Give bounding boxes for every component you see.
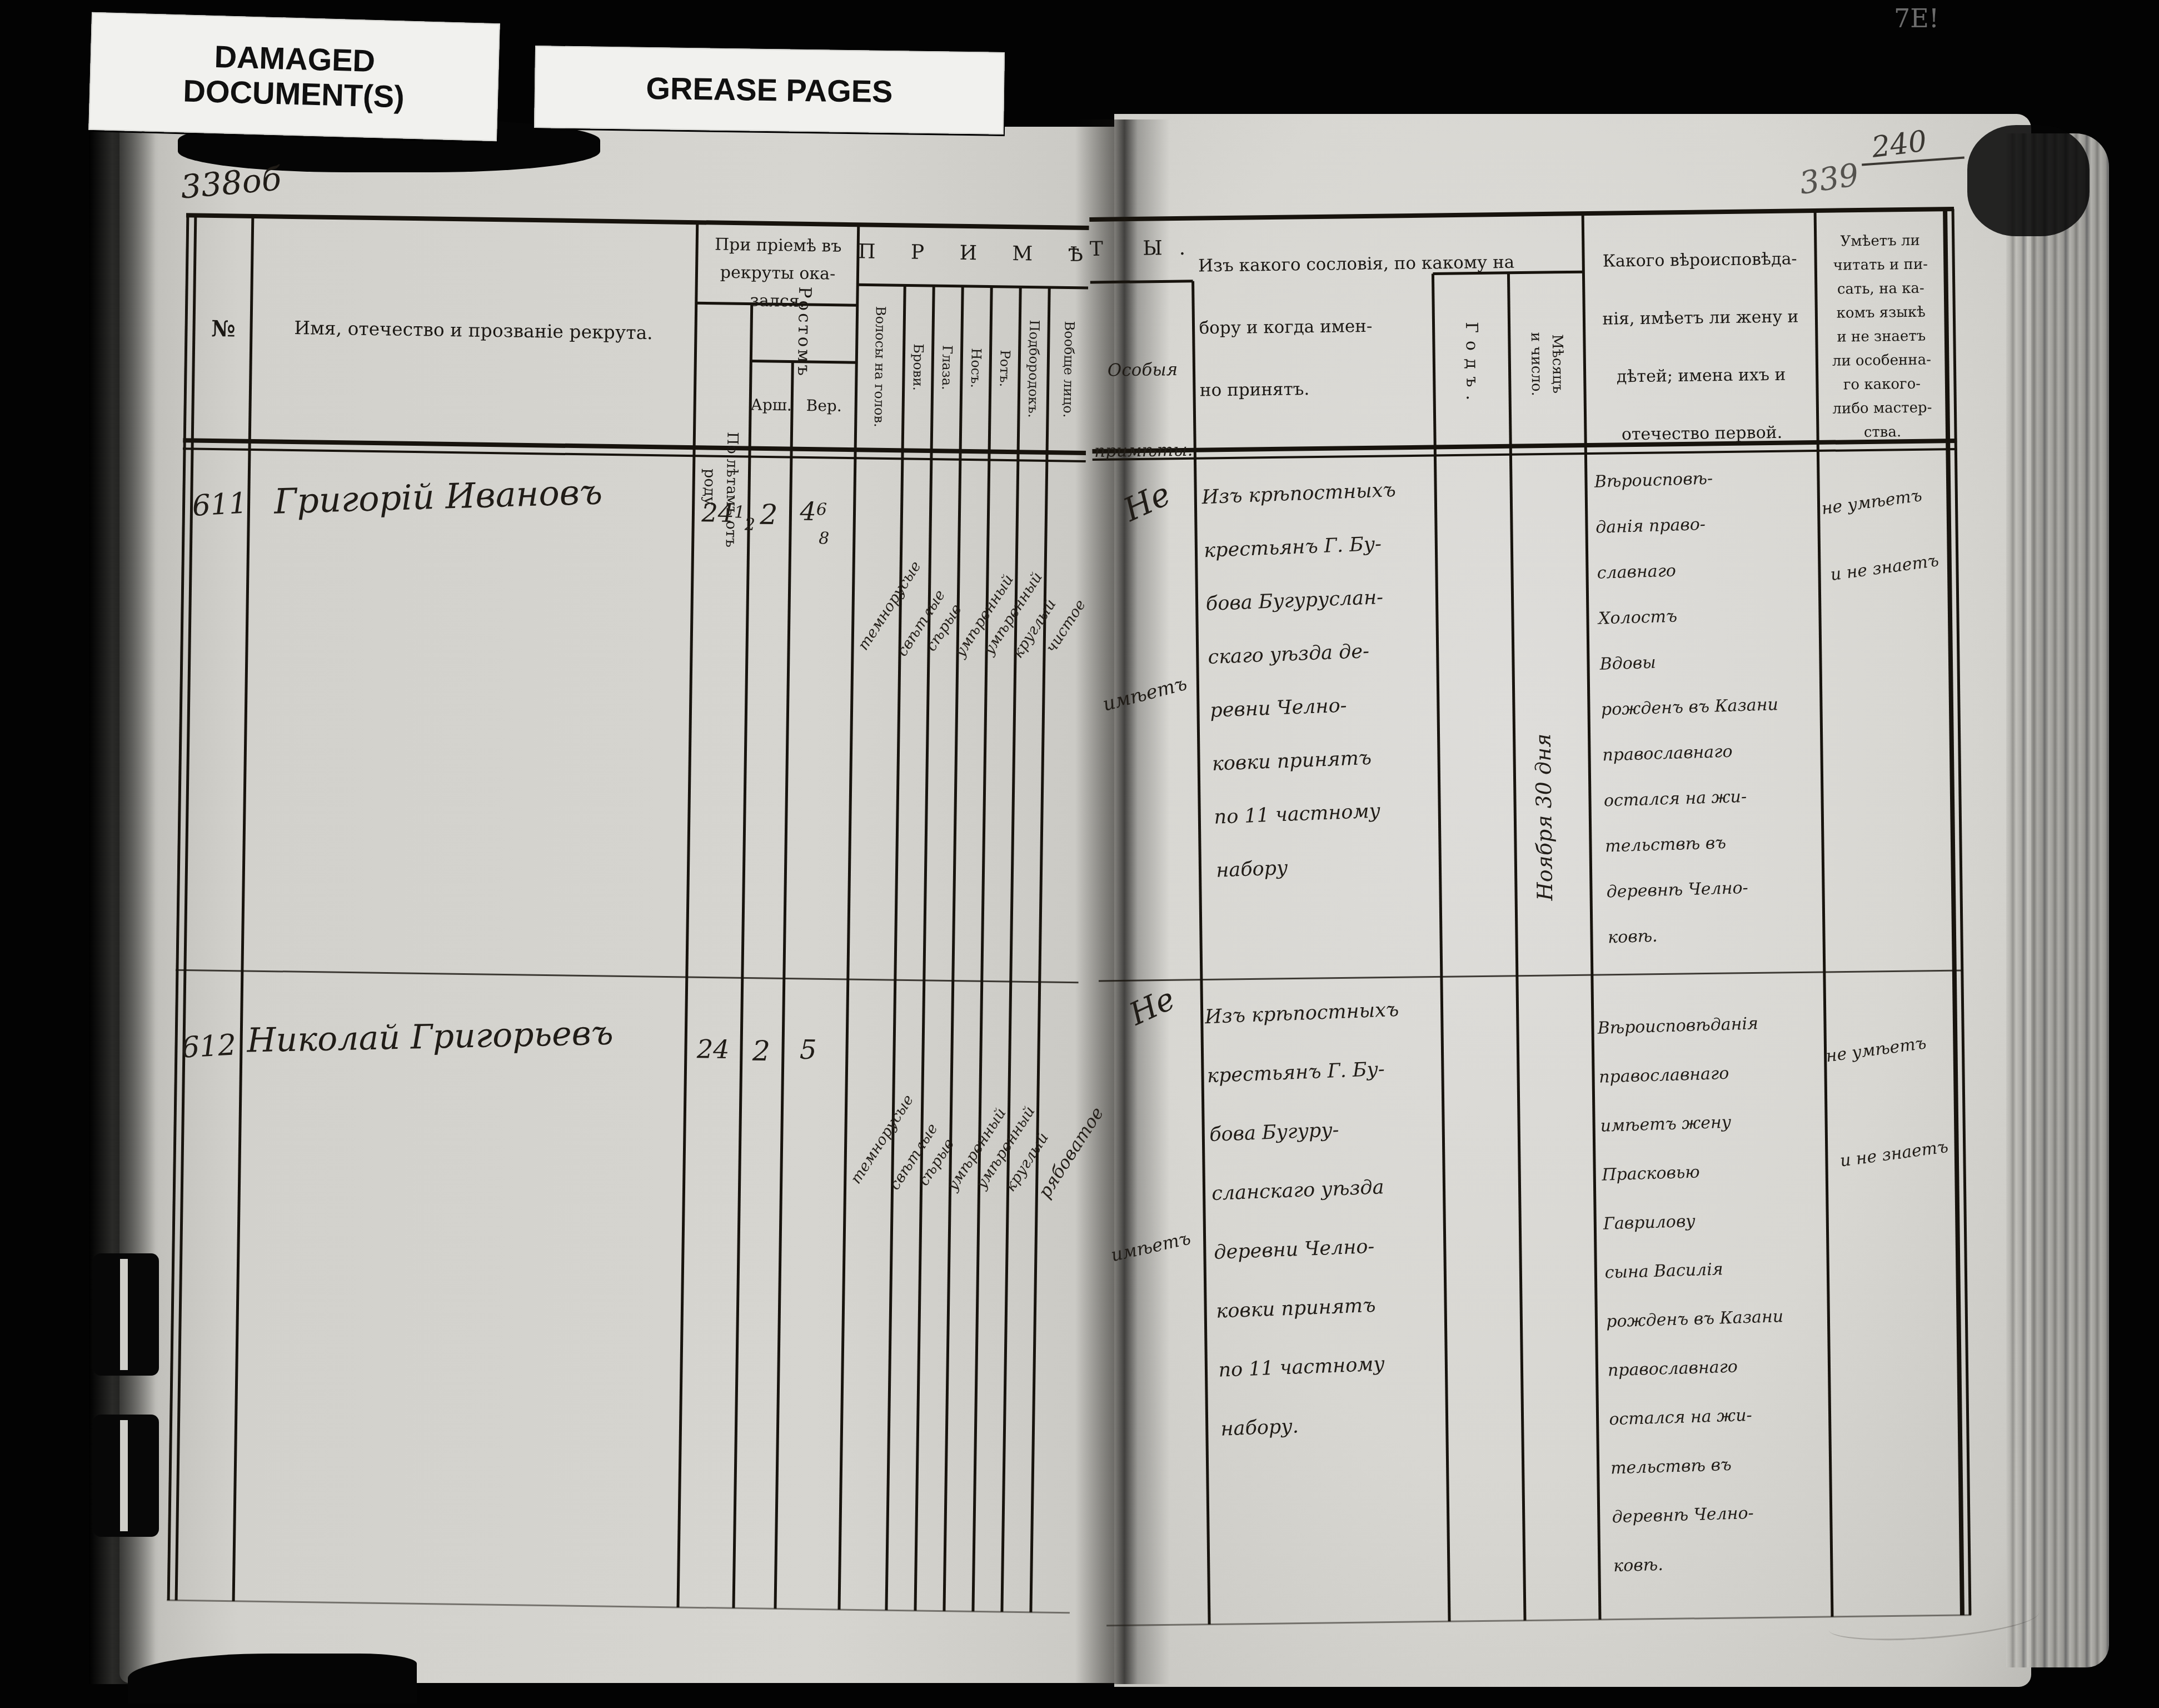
col-header-religion: Какого вѣроисповѣда-нія, имѣетъ ли жену … [1587, 230, 1815, 464]
row1-ver-whole: 4 [800, 496, 816, 526]
col-header-brows: Брови. [910, 343, 926, 391]
row1-age-whole: 24 [701, 497, 734, 528]
row1-number: 611 [191, 486, 248, 522]
row1-literacy-text: не умѣетъи не знаетъ [1817, 462, 1943, 609]
bottom-shadow [128, 1654, 417, 1704]
table-grid-left [167, 204, 1089, 1622]
page-edge-stack [2006, 133, 2109, 1667]
row2-age-whole: 24 [697, 1034, 730, 1064]
col-header-face: Вообще лицо. [1060, 321, 1077, 417]
col-header-chin: Подбородокъ. [1025, 320, 1042, 417]
col-header-height: Ростомъ [794, 286, 815, 378]
col-header-arsh: Арш. [750, 396, 792, 415]
row1-religion-text: Вѣроисповѣ-данія право-славнагоХолостъВд… [1594, 454, 1786, 960]
col-header-month: Мѣсяцъи число. [1525, 332, 1568, 396]
row2-religion-text: Вѣроисповѣданіяправославнагоимѣетъ женуП… [1597, 999, 1791, 1591]
col-header-mouth: Ротъ. [997, 350, 1013, 387]
row2-ver-whole: 5 [800, 1034, 817, 1065]
row1-age: 2412 [701, 497, 756, 534]
col-header-literacy: Умѣетъ личитать и пи-сать, на ка-комъ яз… [1818, 228, 1946, 445]
row2-estate-text: Изъ крѣпостныхъкрестьянъ Г. Бу-бова Бугу… [1204, 980, 1416, 1459]
col-header-year: Годъ. [1462, 322, 1482, 408]
microfilm-scan: DAMAGED DOCUMENT(S) GREASE PAGES 338об 3… [0, 0, 2159, 1708]
col-header-hair: Волосы на голов. [871, 306, 889, 427]
col-header-special: Особыяпримѣты. [1091, 330, 1196, 492]
row1-date-vertical: Ноября 30 дня [1531, 733, 1558, 900]
row1-age-frac-num: 1 [734, 502, 745, 522]
binding-clasp [93, 1415, 159, 1537]
grease-pages-label: GREASE PAGES [534, 46, 1005, 135]
col-header-no: № [198, 316, 249, 342]
row1-arshin: 2 [760, 499, 778, 531]
row2-number: 612 [180, 1028, 237, 1064]
col-header-ver: Вер. [792, 396, 856, 416]
torn-corner [1967, 125, 2090, 236]
page-number-crossed: 240 [1870, 125, 1929, 165]
table-right-half: Т Ы. Особыяпримѣты. Изъ какого сословія,… [1089, 201, 1973, 1640]
col-header-eyes: Глаза. [939, 345, 955, 390]
row2-age: 24 [697, 1034, 730, 1064]
row1-vershok: 468 [800, 496, 830, 549]
row2-arshin: 2 [752, 1035, 771, 1067]
row1-estate-text: Изъ крѣпостныхъкрестьянъ Г. Бу-бова Бугу… [1201, 464, 1412, 898]
col-header-primety-right: Т Ы. [1090, 237, 1193, 261]
row1-ver-frac-num: 6 [816, 500, 827, 519]
damaged-label-line1: DAMAGED [214, 39, 376, 79]
damaged-label-line2: DOCUMENT(S) [183, 73, 405, 114]
grease-label-text: GREASE PAGES [646, 71, 893, 109]
row2-vershok: 5 [800, 1034, 817, 1065]
col-header-primety-left: П Р И М Ѣ [858, 240, 1089, 266]
binding-clasp [93, 1253, 159, 1376]
table-left-half: № Имя, отечество и прозваніе рекрута. Пр… [167, 204, 1089, 1622]
col-header-nose: Носъ. [968, 348, 984, 388]
film-edge-mark: 7Е! [1894, 3, 1939, 33]
col-header-reception: При пріемѣ върекруты ока-зался. [699, 231, 856, 316]
row1-ver-frac-den: 8 [819, 529, 830, 548]
damaged-document-label: DAMAGED DOCUMENT(S) [88, 12, 500, 141]
row1-age-frac-den: 2 [745, 515, 756, 534]
